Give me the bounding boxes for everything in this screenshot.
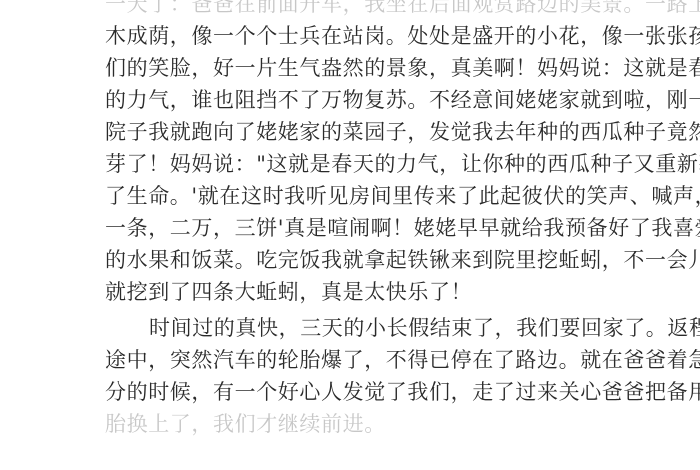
text-line: 时间过的真快，三天的小长假结束了，我们要回家了。返程 [105, 312, 595, 344]
text-line: 了生命。'就在这时我听见房间里传来了此起彼伏的笑声、喊声，" [105, 180, 595, 212]
text-line: 们的笑脸，好一片生气盎然的景象，真美啊！妈妈说：这就是春天 [105, 52, 595, 84]
text-line: 芽了！妈妈说："这就是春天的力气，让你种的西瓜种子又重新获得 [105, 148, 595, 180]
text-line: 就挖到了四条大蚯蚓，真是太快乐了！ [105, 276, 595, 308]
paragraph-1: 一天了：爸爸在前面开车，我坐在后面观赏路边的美景。一路上树 木成荫，像一个个士兵… [105, 0, 595, 308]
text-line: 途中，突然汽车的轮胎爆了，不得已停在了路边。就在爸爸着急万 [105, 344, 595, 376]
document-page: 一天了：爸爸在前面开车，我坐在后面观赏路边的美景。一路上树 木成荫，像一个个士兵… [0, 0, 700, 470]
text-line: 的力气，谁也阻挡不了万物复苏。不经意间姥姥家就到啦，刚一进 [105, 84, 595, 116]
text-line: 一条，二万，三饼'真是喧闹啊！姥姥早早就给我预备好了我喜爱吃 [105, 212, 595, 244]
text-line: 分的时候，有一个好心人发觉了我们，走了过来关心爸爸把备用轮 [105, 376, 595, 408]
text-line: 院子我就跑向了姥姥家的菜园子，发觉我去年种的西瓜种子竟然发 [105, 116, 595, 148]
paragraph-2: 时间过的真快，三天的小长假结束了，我们要回家了。返程 途中，突然汽车的轮胎爆了，… [105, 312, 595, 440]
essay-text-body: 一天了：爸爸在前面开车，我坐在后面观赏路边的美景。一路上树 木成荫，像一个个士兵… [105, 0, 595, 440]
text-line: 木成荫，像一个个士兵在站岗。处处是盛开的小花，像一张张孩子 [105, 20, 595, 52]
text-line: 的水果和饭菜。吃完饭我就拿起铁锹来到院里挖蚯蚓，不一会儿我 [105, 244, 595, 276]
text-line: 一天了：爸爸在前面开车，我坐在后面观赏路边的美景。一路上树 [105, 0, 595, 20]
text-line: 胎换上了，我们才继续前进。 [105, 408, 595, 440]
